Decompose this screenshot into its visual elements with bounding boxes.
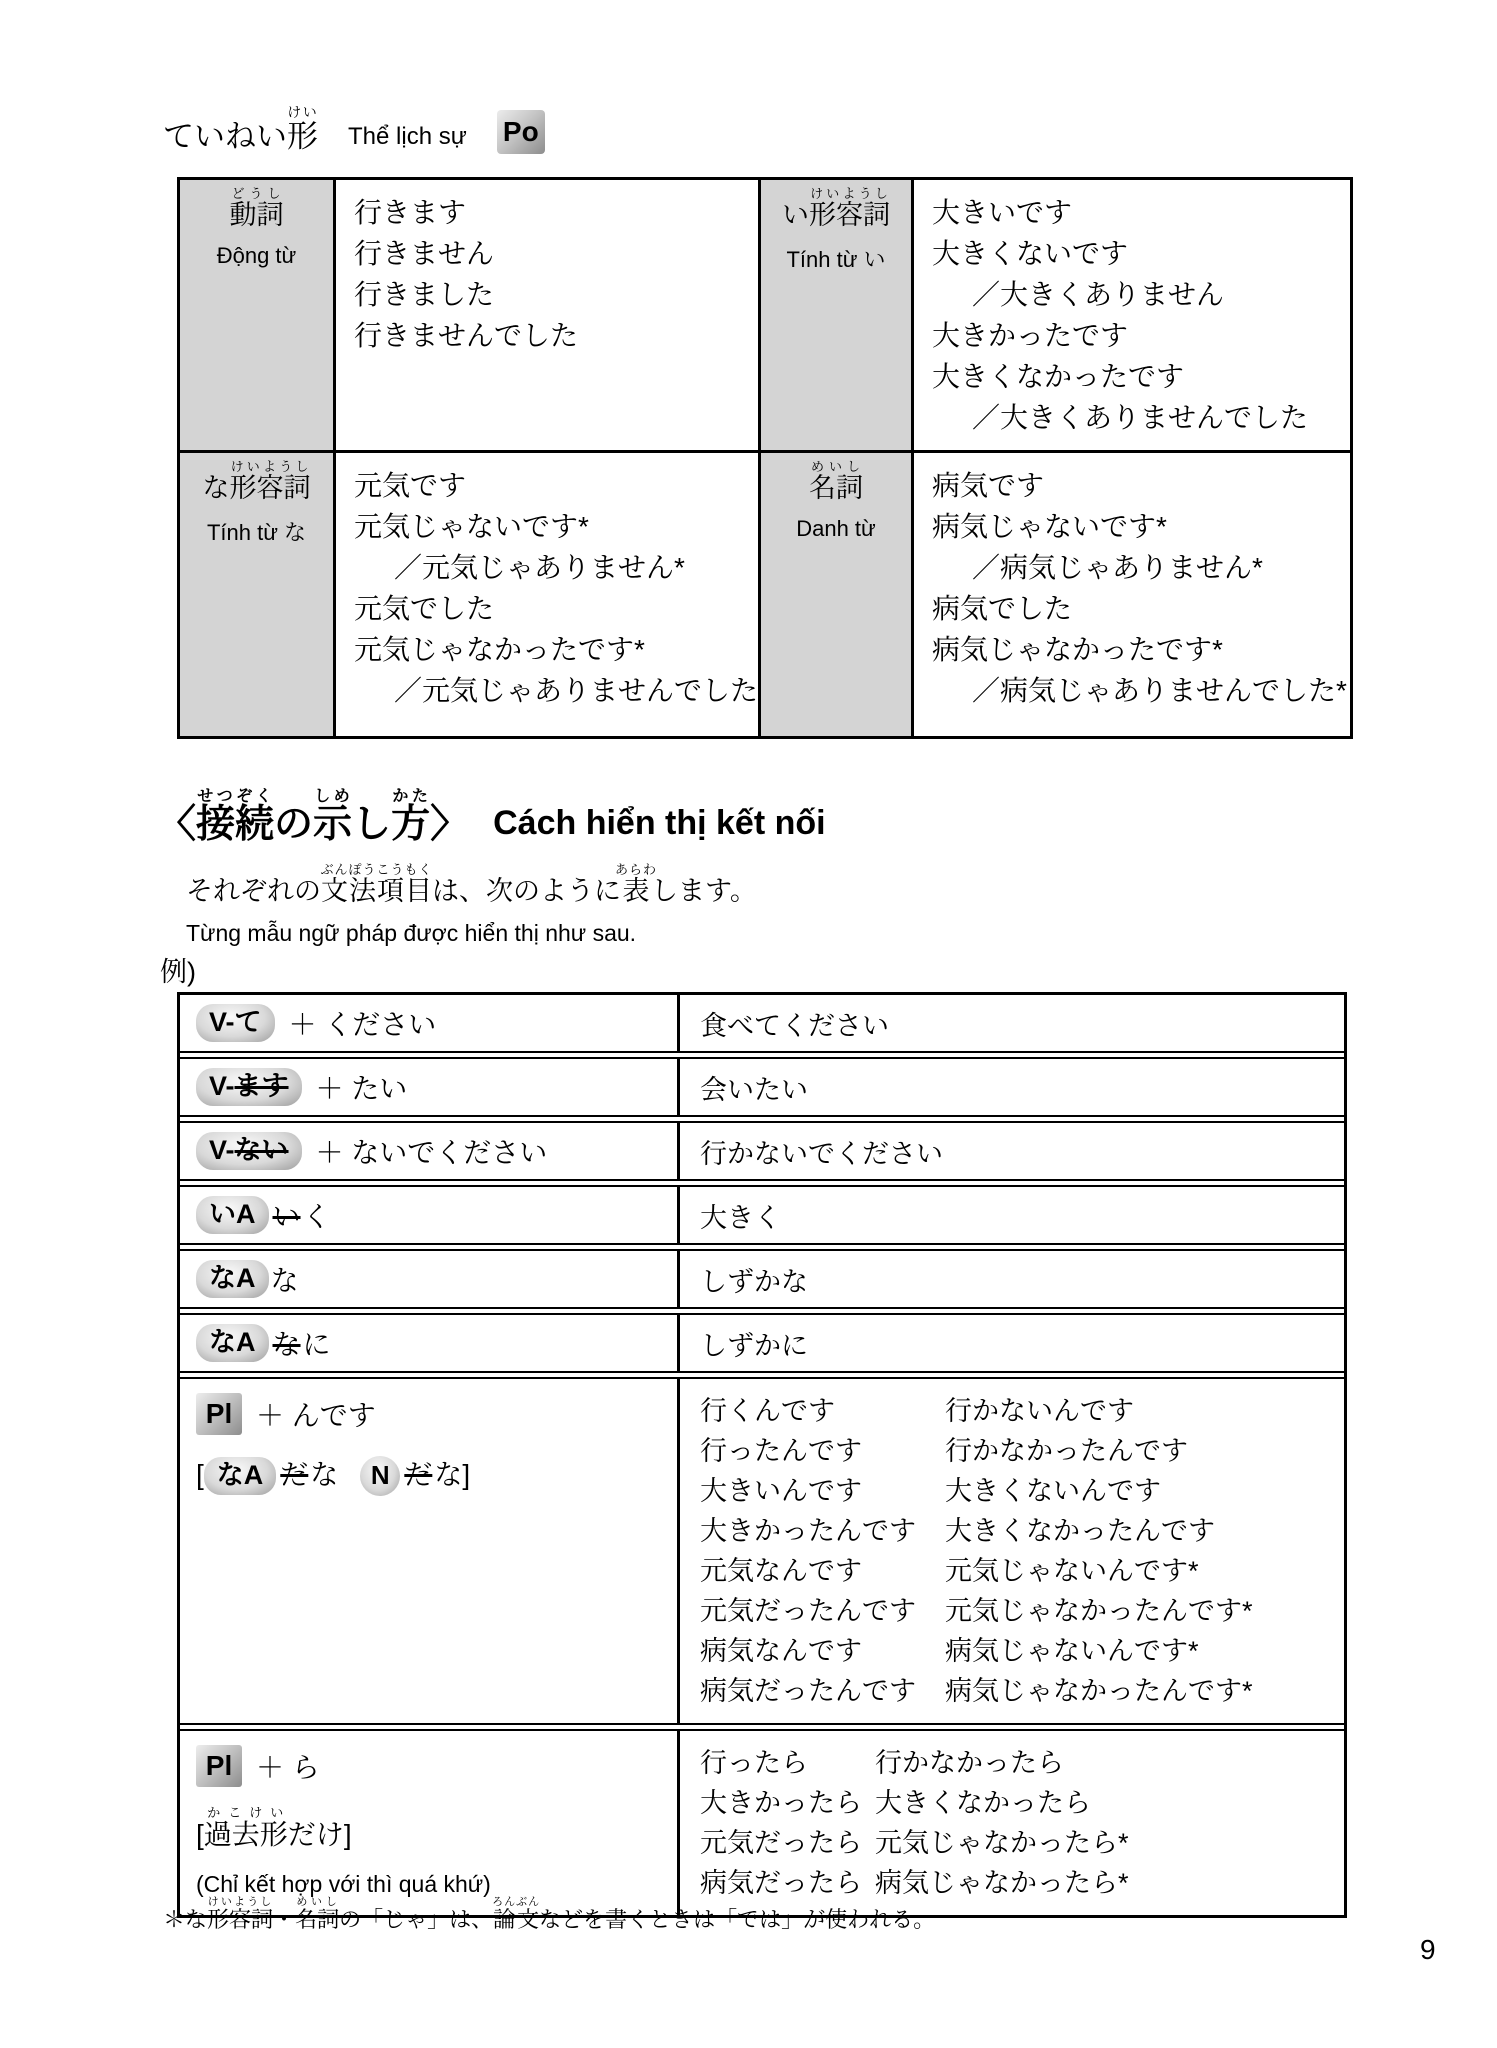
example-cell: 大きく [680, 1187, 1344, 1243]
table-row: V-ない ＋ ないでください 行かないでください [180, 1121, 1344, 1181]
strikethrough-text: だ [404, 1453, 432, 1493]
section-heading-viet: Cách hiển thị kết nối [493, 804, 825, 847]
na-adjective-badge: なA [196, 1260, 269, 1298]
noun-forms-cell: 病気です 病気じゃないです* ／病気じゃありません* 病気でした 病気じゃなかっ… [911, 450, 1350, 736]
conjugation-line: ／病気じゃありません* [932, 547, 1350, 588]
conjugation-line: 病気じゃなかったです* [932, 629, 1350, 670]
intro-sentence-viet: Từng mẫu ngữ pháp được hiển thị như sau. [186, 920, 636, 947]
plain-form-pattern: Pl ＋ ら [196, 1745, 320, 1787]
conjugation-line: 元気でした [354, 588, 758, 629]
past-form-note: [過去形かこけいだけ] [196, 1805, 352, 1853]
pattern-cell: V-ない ＋ ないでください [180, 1123, 680, 1179]
politeness-title-jp-kana: ていねい [163, 119, 287, 154]
conjugation-line: 病気じゃないです* [932, 506, 1350, 547]
conjugation-line: 病気でした [932, 588, 1350, 629]
example-cell: 行くんです行かないんです 行ったんです行かなかったんです 大きいんです大きくない… [680, 1379, 1344, 1723]
conjugation-line: ／元気じゃありません* [354, 547, 758, 588]
example-pair: 元気だったんです元気じゃなかったんです* [700, 1591, 1344, 1631]
example-cell: しずかに [680, 1315, 1344, 1371]
conjugation-line: 大きいです [932, 192, 1350, 233]
strikethrough-text: い [273, 1195, 301, 1235]
pattern-cell: なA な [180, 1251, 680, 1307]
conjugation-line: ／大きくありませんでした [932, 397, 1350, 438]
footnote: ＊な形容詞けいようし・名詞めいしの「じゃ」は、論文ろんぶんなどを書くときは「では… [163, 1896, 935, 1934]
table-row: Pl ＋ んです [なAだなNだな] 行くんです行かないんです 行ったんです行か… [180, 1377, 1344, 1725]
conjugation-line: 大きかったです [932, 315, 1350, 356]
pattern-suffix: に [303, 1323, 331, 1363]
past-form-note-viet: (Chỉ kết hợp với thì quá khứ) [196, 1871, 491, 1898]
pattern-suffix: く [303, 1195, 331, 1235]
pattern-cell: Pl ＋ んです [なAだなNだな] [180, 1379, 680, 1723]
strikethrough-text: ます [235, 1070, 289, 1102]
plain-form-pattern: Pl ＋ んです [196, 1393, 376, 1435]
na-adjective-badge: なA [204, 1457, 277, 1495]
section-heading: 〈接続せつぞくの示しめし方かた〉 Cách hiển thị kết nối [157, 788, 826, 847]
page-number: 9 [1420, 1934, 1436, 1966]
pattern-suffix: ＋ ら [256, 1746, 320, 1786]
example-pair: 行ったら行かなかったら [700, 1743, 1344, 1783]
example-pair: 大きいんです大きくないんです [700, 1471, 1344, 1511]
pl-badge: Pl [196, 1393, 242, 1435]
conjugation-line: 行きませんでした [354, 315, 758, 356]
pattern-suffix: ＋ ないでください [316, 1131, 548, 1171]
label-cell-i-adjective: い形容詞けいようし Tính từ い [758, 180, 911, 450]
conjugation-line: 元気じゃないです* [354, 506, 758, 547]
na-adjective-label-jp: な形容詞けいようし [180, 459, 333, 504]
politeness-title-jp: ていねい形けい [163, 104, 318, 154]
label-cell-noun: 名詞めいし Danh từ [758, 450, 911, 736]
conjugation-table: 動詞どうし Động từ 行きます 行きません 行きました 行きませんでした … [177, 177, 1353, 739]
table-row: なA な しずかな [180, 1249, 1344, 1309]
i-adjective-forms-cell: 大きいです 大きくないです ／大きくありません 大きかったです 大きくなかったで… [911, 180, 1350, 450]
example-pair: 行くんです行かないんです [700, 1391, 1344, 1431]
example-pair: 大きかったら大きくなかったら [700, 1783, 1344, 1823]
bracket-note: [なAだなNだな] [196, 1453, 470, 1496]
conjugation-line: 病気です [932, 465, 1350, 506]
politeness-header: ていねい形けい Thể lịch sự Po [163, 104, 545, 154]
conjugation-line: 元気です [354, 465, 758, 506]
po-badge: Po [497, 110, 545, 154]
i-adjective-label-jp: い形容詞けいようし [761, 186, 911, 231]
section-heading-jp: 〈接続せつぞくの示しめし方かた〉 [157, 788, 469, 847]
pattern-suffix: ＋ ください [289, 1003, 437, 1043]
politeness-title-ruby: 形けい [287, 119, 318, 154]
strikethrough-text: ない [235, 1134, 289, 1166]
table-row: V-て ＋ ください 食べてください [180, 995, 1344, 1053]
v-masu-badge: V-ます [196, 1068, 302, 1106]
verb-label-jp: 動詞どうし [180, 186, 333, 231]
na-adjective-badge: なA [196, 1324, 269, 1362]
example-cell: 行ったら行かなかったら 大きかったら大きくなかったら 元気だったら元気じゃなかっ… [680, 1731, 1344, 1915]
strikethrough-text: だ [280, 1453, 308, 1493]
example-label: 例) [160, 950, 196, 989]
example-pair: 行ったんです行かなかったんです [700, 1431, 1344, 1471]
pattern-cell: V-ます ＋ たい [180, 1059, 680, 1115]
example-pair: 大きかったんです大きくなかったんです [700, 1511, 1344, 1551]
table-row: いA い く 大きく [180, 1185, 1344, 1245]
conjugation-line: 行きました [354, 274, 758, 315]
noun-label-viet: Danh từ [761, 516, 911, 542]
connection-table: V-て ＋ ください 食べてください V-ます ＋ たい 会いたい V-ない ＋… [177, 992, 1347, 1918]
pattern-suffix: な [271, 1259, 299, 1299]
pl-badge: Pl [196, 1745, 242, 1787]
noun-badge: N [360, 1456, 400, 1496]
verb-label-viet: Động từ [180, 243, 333, 269]
example-cell: 食べてください [680, 995, 1344, 1051]
conjugation-line: 行きます [354, 192, 758, 233]
conjugation-line: ／大きくありません [932, 274, 1350, 315]
na-adjective-forms-cell: 元気です 元気じゃないです* ／元気じゃありません* 元気でした 元気じゃなかっ… [333, 450, 758, 736]
example-pair: 病気なんです病気じゃないんです* [700, 1631, 1344, 1671]
pattern-cell: いA い く [180, 1187, 680, 1243]
pattern-cell: V-て ＋ ください [180, 995, 680, 1051]
example-pair: 病気だったんです病気じゃなかったんです* [700, 1671, 1344, 1711]
pattern-cell: Pl ＋ ら [過去形かこけいだけ] (Chỉ kết hợp với thì … [180, 1731, 680, 1915]
example-cell: 行かないでください [680, 1123, 1344, 1179]
i-adjective-badge: いA [196, 1196, 269, 1234]
table-row: V-ます ＋ たい 会いたい [180, 1057, 1344, 1117]
example-cell: しずかな [680, 1251, 1344, 1307]
v-te-badge: V-て [196, 1004, 275, 1042]
pattern-suffix: ＋ たい [316, 1067, 408, 1107]
v-nai-badge: V-ない [196, 1132, 302, 1170]
i-adjective-label-viet: Tính từ い [761, 243, 911, 274]
pattern-suffix: ＋ んです [256, 1394, 376, 1434]
table-row: Pl ＋ ら [過去形かこけいだけ] (Chỉ kết hợp với thì … [180, 1729, 1344, 1915]
example-pair: 元気だったら元気じゃなかったら* [700, 1823, 1344, 1863]
label-cell-verb: 動詞どうし Động từ [180, 180, 333, 450]
strikethrough-text: な [273, 1323, 301, 1363]
politeness-title-viet: Thể lịch sự [348, 123, 467, 154]
pattern-cell: なA な に [180, 1315, 680, 1371]
table-row: なA な に しずかに [180, 1313, 1344, 1373]
noun-label-jp: 名詞めいし [761, 459, 911, 504]
conjugation-line: 元気じゃなかったです* [354, 629, 758, 670]
example-pair: 元気なんです元気じゃないんです* [700, 1551, 1344, 1591]
label-cell-na-adjective: な形容詞けいようし Tính từ な [180, 450, 333, 736]
verb-forms-cell: 行きます 行きません 行きました 行きませんでした [333, 180, 758, 450]
na-adjective-label-viet: Tính từ な [180, 516, 333, 547]
conjugation-line: 行きません [354, 233, 758, 274]
conjugation-line: 大きくないです [932, 233, 1350, 274]
conjugation-line: ／病気じゃありませんでした* [932, 670, 1350, 711]
conjugation-line: 大きくなかったです [932, 356, 1350, 397]
textbook-page: ていねい形けい Thể lịch sự Po 動詞どうし Động từ 行きま… [0, 0, 1497, 2048]
intro-sentence-jp: それぞれの文法項目ぶんぽうこうもくは、次のように表あらわします。 [186, 862, 757, 908]
conjugation-line: ／元気じゃありませんでした* [354, 670, 758, 711]
example-cell: 会いたい [680, 1059, 1344, 1115]
